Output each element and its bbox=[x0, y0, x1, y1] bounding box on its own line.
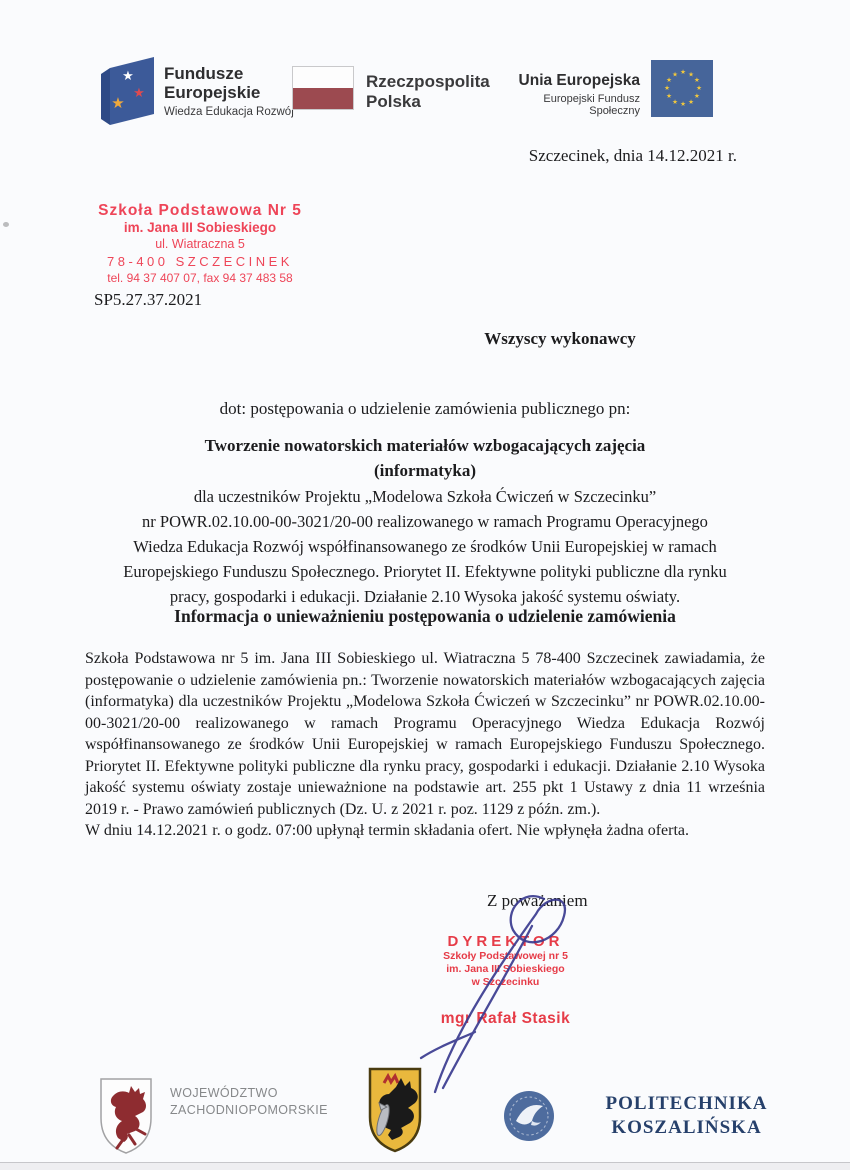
director-stamp: DYREKTOR Szkoły Podstawowej nr 5 im. Jan… bbox=[398, 933, 613, 1028]
eu-wordmark: Unia Europejska bbox=[498, 72, 640, 90]
svg-text:★: ★ bbox=[111, 94, 124, 112]
scan-bottom-edge bbox=[0, 1162, 850, 1170]
director-stamp-title: DYREKTOR bbox=[398, 933, 613, 950]
svg-text:★: ★ bbox=[696, 84, 702, 92]
school-stamp-name: Szkoła Podstawowa Nr 5 bbox=[80, 202, 320, 219]
poland-wordmark: Rzeczpospolita Polska bbox=[366, 66, 490, 112]
reference-number: SP5.27.37.2021 bbox=[94, 290, 202, 310]
date-line: Szczecinek, dnia 14.12.2021 r. bbox=[529, 146, 737, 166]
document-page: ★ ★ ★ Fundusze Europejskie Wiedza Edukac… bbox=[0, 0, 850, 1170]
title-subline: Europejskiego Funduszu Społecznego. Prio… bbox=[0, 559, 850, 584]
svg-text:★: ★ bbox=[133, 86, 145, 101]
svg-text:★: ★ bbox=[680, 68, 686, 76]
svg-text:★: ★ bbox=[688, 98, 694, 106]
svg-text:★: ★ bbox=[666, 92, 672, 100]
document-title-line1: Tworzenie nowatorskich materiałów wzboga… bbox=[0, 436, 850, 456]
svg-text:★: ★ bbox=[694, 76, 700, 84]
school-stamp-street: ul. Wiatraczna 5 bbox=[80, 236, 320, 253]
title-subline: Wiedza Edukacja Rozwój współfinansowaneg… bbox=[0, 534, 850, 559]
voivodeship-logo: WOJEWÓDZTWO ZACHODNIOPOMORSKIE bbox=[98, 1076, 328, 1161]
svg-text:★: ★ bbox=[122, 69, 134, 84]
closing-salutation: Z poważaniem bbox=[487, 891, 588, 911]
director-stamp-line: Szkoły Podstawowej nr 5 bbox=[398, 950, 613, 963]
szczecinek-coat-of-arms bbox=[366, 1065, 424, 1160]
school-stamp-city: 78-400 SZCZECINEK bbox=[80, 253, 320, 270]
recipient: Wszyscy wykonawcy bbox=[440, 329, 680, 349]
school-stamp-phone: tel. 94 37 407 07, fax 94 37 483 58 bbox=[80, 270, 320, 287]
szczecinek-crest-icon bbox=[366, 1142, 424, 1159]
svg-text:★: ★ bbox=[672, 98, 678, 106]
fe-logo-subtitle: Wiedza Edukacja Rozwój bbox=[164, 106, 294, 118]
scan-artifact-dot bbox=[3, 222, 9, 227]
fundusze-europejskie-logo: ★ ★ ★ Fundusze Europejskie Wiedza Edukac… bbox=[98, 56, 294, 131]
eu-logo: Unia Europejska Europejski Fundusz Społe… bbox=[498, 60, 713, 122]
fundusze-europejskie-flag-icon: ★ ★ ★ bbox=[98, 56, 154, 131]
director-stamp-line: w Szczecinku bbox=[398, 976, 613, 989]
voivodeship-label: WOJEWÓDZTWO ZACHODNIOPOMORSKIE bbox=[170, 1076, 328, 1119]
title-subline: nr POWR.02.10.00-00-3021/20-00 realizowa… bbox=[0, 509, 850, 534]
fe-logo-title: Fundusze Europejskie bbox=[164, 64, 294, 102]
poland-logo: Rzeczpospolita Polska bbox=[292, 66, 490, 112]
svg-text:★: ★ bbox=[694, 92, 700, 100]
svg-text:★: ★ bbox=[672, 70, 678, 78]
school-stamp: Szkoła Podstawowa Nr 5 im. Jana III Sobi… bbox=[80, 202, 320, 287]
university-seal-icon bbox=[503, 1090, 555, 1147]
section-heading: Informacja o unieważnieniu postępowania … bbox=[0, 606, 850, 627]
subject-line: dot: postępowania o udzielenie zamówieni… bbox=[0, 399, 850, 419]
poland-flag-icon bbox=[292, 66, 354, 110]
title-subline: dla uczestników Projektu „Modelowa Szkoł… bbox=[0, 484, 850, 509]
eu-subtitle: Europejski Fundusz Społeczny bbox=[498, 93, 640, 117]
body-paragraph-2: W dniu 14.12.2021 r. o godz. 07:00 upłyn… bbox=[85, 820, 765, 842]
director-stamp-line: im. Jana III Sobieskiego bbox=[398, 963, 613, 976]
signer-name: mgr Rafał Stasik bbox=[398, 1010, 613, 1028]
body-paragraph-1: Szkoła Podstawowa nr 5 im. Jana III Sobi… bbox=[85, 648, 765, 820]
svg-text:★: ★ bbox=[680, 100, 686, 108]
svg-text:★: ★ bbox=[664, 84, 670, 92]
eu-flag-icon: ★★★ ★★★ ★★★ ★★★ bbox=[651, 60, 713, 122]
university-logo: POLITECHNIKA KOSZALIŃSKA bbox=[503, 1090, 804, 1147]
body-text: Szkoła Podstawowa nr 5 im. Jana III Sobi… bbox=[85, 648, 765, 842]
document-title-line2: (informatyka) bbox=[0, 461, 850, 481]
school-stamp-patron: im. Jana III Sobieskiego bbox=[80, 219, 320, 236]
voivodeship-crest-icon bbox=[98, 1076, 154, 1161]
university-wordmark: POLITECHNIKA KOSZALIŃSKA bbox=[569, 1090, 804, 1140]
document-title-subtext: dla uczestników Projektu „Modelowa Szkoł… bbox=[0, 484, 850, 609]
